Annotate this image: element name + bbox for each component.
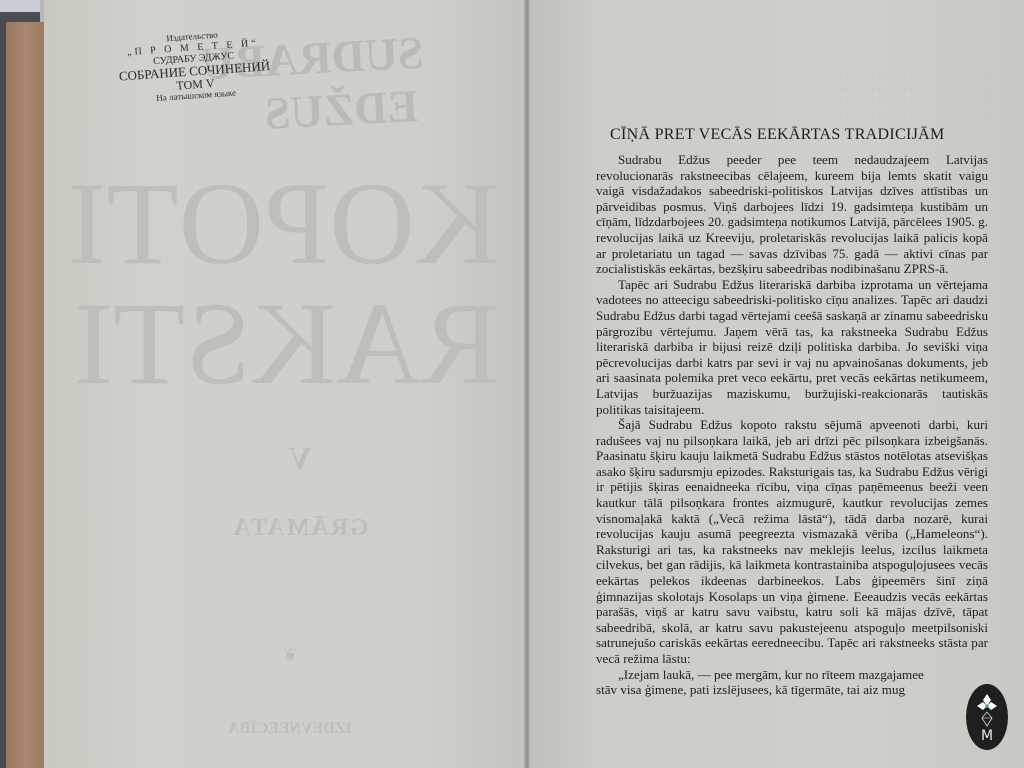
quote-line-1: „Izejam laukā, — pee mergām, kur no rīte… [596,667,988,683]
article-title: CĪŅĀ PRET VECĀS EEKĀRTAS TRADICIJĀM [610,126,988,144]
bleed-through-title-line1: KOPOTI [100,165,500,283]
paragraph-2: Tapēc ari Sudrabu Edžus literariskā darb… [596,277,988,417]
book-cover-board [6,22,46,768]
faint-header-bleed: · · · · · · · · · · · · · · · · · · · · … [600,70,990,122]
watermark-logo: M [966,684,1008,750]
bleed-through-title-line2: RAKSTI [100,285,500,403]
svg-text:M: M [981,728,993,744]
publisher-imprint-stamp: Издательство „П Р О М Е Т Е Й“ СУДРАБУ Э… [112,27,276,107]
bleed-through-book: GRĀMATA [220,515,380,542]
paragraph-1: Sudrabu Edžus peeder pee teem nedaudzaje… [596,152,988,277]
diamond-flower-icon: M [966,684,1008,750]
bleed-through-ornament-icon: ❦ [270,645,310,666]
bleed-through-author: SUDRABU EDŽUS [252,26,427,141]
bleed-through-volume: V [270,440,330,477]
bleed-line: · · · · · · · · · · · · · · · · · · · · … [600,109,990,122]
paragraph-3: Šajā Sudrabu Edžus kopoto rakstu sējumā … [596,417,988,667]
bleed-line: · · · · · · · · · · · · · · · · · · · · … [600,83,990,96]
bleed-through-publisher: IZDEVNEECĪBA [210,720,370,738]
bleed-line: · · · · · · · · · · · · · · · · · · · · … [600,70,990,83]
quote-line-2: stāv visa ģimene, pati izslējusees, kā t… [596,682,988,698]
article: CĪŅĀ PRET VECĀS EEKĀRTAS TRADICIJĀM Sudr… [596,126,988,698]
bleed-line: · · · · · · · · · · · · · · · · · · · · … [600,96,990,109]
